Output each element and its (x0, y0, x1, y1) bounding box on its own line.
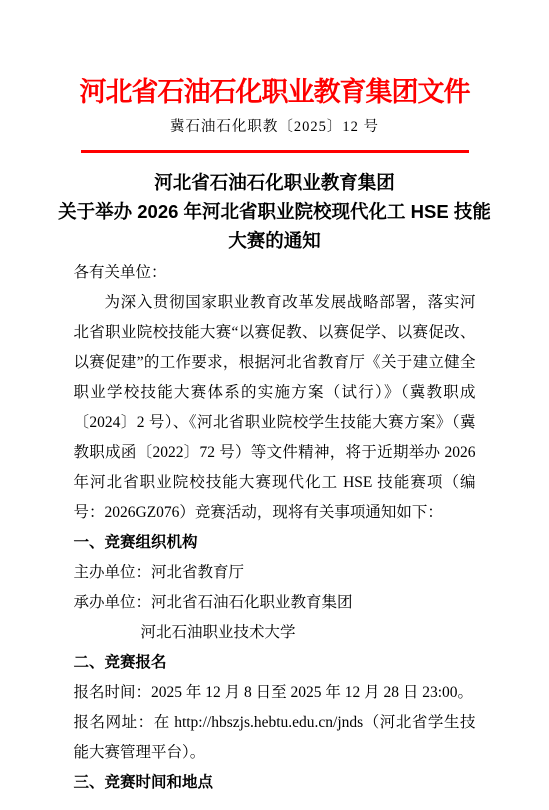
registration-time-line: 报名时间：2025 年 12 月 8 日至 2025 年 12 月 28 日 2… (74, 678, 476, 708)
document-body: 各有关单位： 为深入贯彻国家职业教育改革发展战略部署，落实河北省职业院校技能大赛… (74, 258, 476, 798)
section-heading-1: 一、竞赛组织机构 (74, 528, 476, 558)
notice-title-line-3: 大赛的通知 (0, 226, 549, 255)
salutation: 各有关单位： (74, 258, 476, 288)
organizer-host-line: 主办单位：河北省教育厅 (74, 558, 476, 588)
notice-title-line-1: 河北省石油石化职业教育集团 (0, 168, 549, 197)
organizer-undertaker-line: 承办单位：河北省石油石化职业教育集团 (74, 588, 476, 618)
notice-title-line-2: 关于举办 2026 年河北省职业院校现代化工 HSE 技能 (0, 197, 549, 226)
section-heading-2: 二、竞赛报名 (74, 648, 476, 678)
organizer-undertaker-line-2: 河北石油职业技术大学 (74, 618, 476, 648)
intro-paragraph: 为深入贯彻国家职业教育改革发展战略部署，落实河北省职业院校技能大赛“以赛促教、以… (74, 288, 476, 528)
red-divider-rule (81, 150, 469, 153)
masthead-title: 河北省石油石化职业教育集团文件 (0, 76, 549, 108)
doc-number: 冀石油石化职教〔2025〕12 号 (0, 118, 549, 136)
registration-url-line: 报名网址：在 http://hbszjs.hebtu.edu.cn/jnds（河… (74, 708, 476, 768)
notice-title: 河北省石油石化职业教育集团 关于举办 2026 年河北省职业院校现代化工 HSE… (0, 168, 549, 255)
section-heading-3: 三、竞赛时间和地点 (74, 768, 476, 798)
document-page: 河北省石油石化职业教育集团文件 冀石油石化职教〔2025〕12 号 河北省石油石… (0, 0, 549, 810)
